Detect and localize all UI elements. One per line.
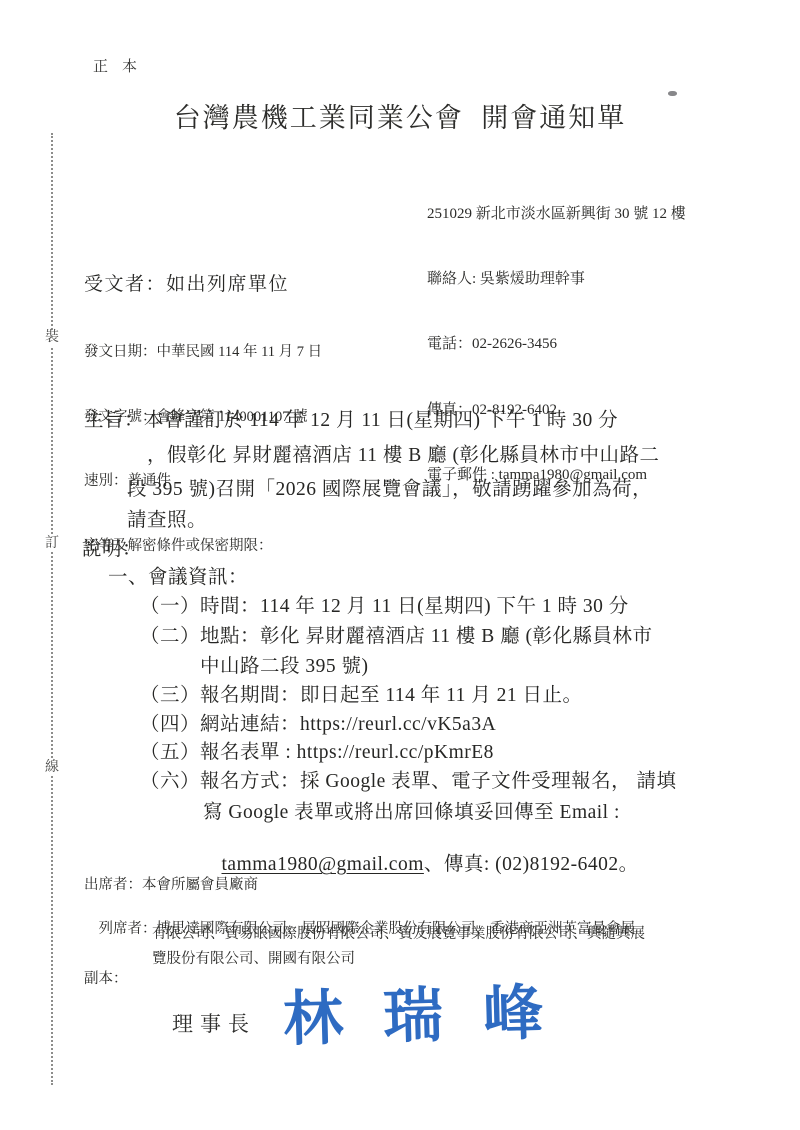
- observers-line-2: 有限公司、貿易眼國際股份有限公司、貿友展覽事業股份有限公司、興隨興展: [152, 924, 645, 944]
- binding-mark-ding: 訂: [43, 536, 61, 552]
- document-title: 台灣農機工業同業公會 開會通知單: [0, 96, 800, 135]
- explanation-item-6-method-cont: 寫 Google 表單或將出席回條填妥回傳至 Email :: [203, 796, 620, 824]
- explanation-item-5-registration-form: （五）報名表單 : https://reurl.cc/pKmrE8: [140, 736, 494, 764]
- scan-artifact-speck: [668, 91, 677, 96]
- subject-line-3: 段 395 號)召開「2026 國際展覽會議」，敬請踴躍參加為荷，: [127, 473, 652, 501]
- binding-mark-zhuang: 裝: [43, 330, 61, 346]
- subject-line-2: ，假彰化 昇財麗禧酒店 11 樓 B 廳 (彰化縣員林市中山路二: [147, 439, 660, 467]
- subject-line-4: 請查照。: [127, 504, 207, 532]
- explanation-item-2-location: （二）地點：彰化 昇財麗禧酒店 11 樓 B 廳 (彰化縣員林市: [140, 620, 653, 648]
- observers-line-3: 覽股份有限公司、開國有限公司: [152, 949, 355, 969]
- cc-line: 副本：: [84, 969, 128, 989]
- explanation-item-1-time: （一）時間：114 年 12 月 11 日(星期四) 下午 1 時 30 分: [140, 590, 629, 618]
- explanation-section-1: 一、會議資訊：: [108, 561, 248, 589]
- explanation-item-6-contact: tamma1980@gmail.com、傳真: (02)8192-6402。: [200, 826, 639, 898]
- observers-label: 列席者：: [99, 921, 157, 937]
- meta-issue-date: 發文日期：中華民國 114 年 11 月 7 日: [84, 342, 322, 364]
- sender-address: 251029 新北市淡水區新興街 30 號 12 樓: [427, 204, 686, 226]
- scanned-document-page: 裝 訂 線 正本 台灣農機工業同業公會 開會通知單 251029 新北市淡水區新…: [0, 0, 800, 1130]
- sender-phone: 電話：02-2626-3456: [427, 334, 686, 356]
- explanation-item-4-website-link: （四）網站連結：https://reurl.cc/vK5a3A: [140, 708, 496, 736]
- registration-fax-text: 、傳真: (02)8192-6402。: [424, 854, 639, 875]
- explanation-item-6-method: （六）報名方式：採 Google 表單、電子文件受理報名， 請填: [140, 765, 677, 793]
- explanation-heading: 說明：: [82, 533, 142, 561]
- explanation-item-3-registration-period: （三）報名期間：即日起至 114 年 11 月 21 日止。: [140, 679, 583, 707]
- registration-email-text: tamma1980@gmail.com: [222, 854, 424, 875]
- binding-dotted-line: [51, 133, 53, 1085]
- attendees-line: 出席者：本會所屬會員廠商: [84, 875, 258, 895]
- sender-contact-person: 聯絡人: 吳紫煖助理幹事: [427, 269, 686, 291]
- subject-line-1: 主旨：本會謹訂於 114 年 12 月 11 日(星期四) 下午 1 時 30 …: [84, 404, 618, 432]
- chairman-signature-stamp: 林瑞峰: [282, 964, 584, 1058]
- copy-type-label: 正本: [93, 55, 151, 76]
- binding-mark-xian: 線: [43, 760, 61, 776]
- recipient-line: 受文者：如出列席單位: [84, 269, 289, 296]
- explanation-item-2-location-cont: 中山路二段 395 號): [200, 650, 369, 678]
- chairman-title-label: 理事長: [172, 1008, 256, 1038]
